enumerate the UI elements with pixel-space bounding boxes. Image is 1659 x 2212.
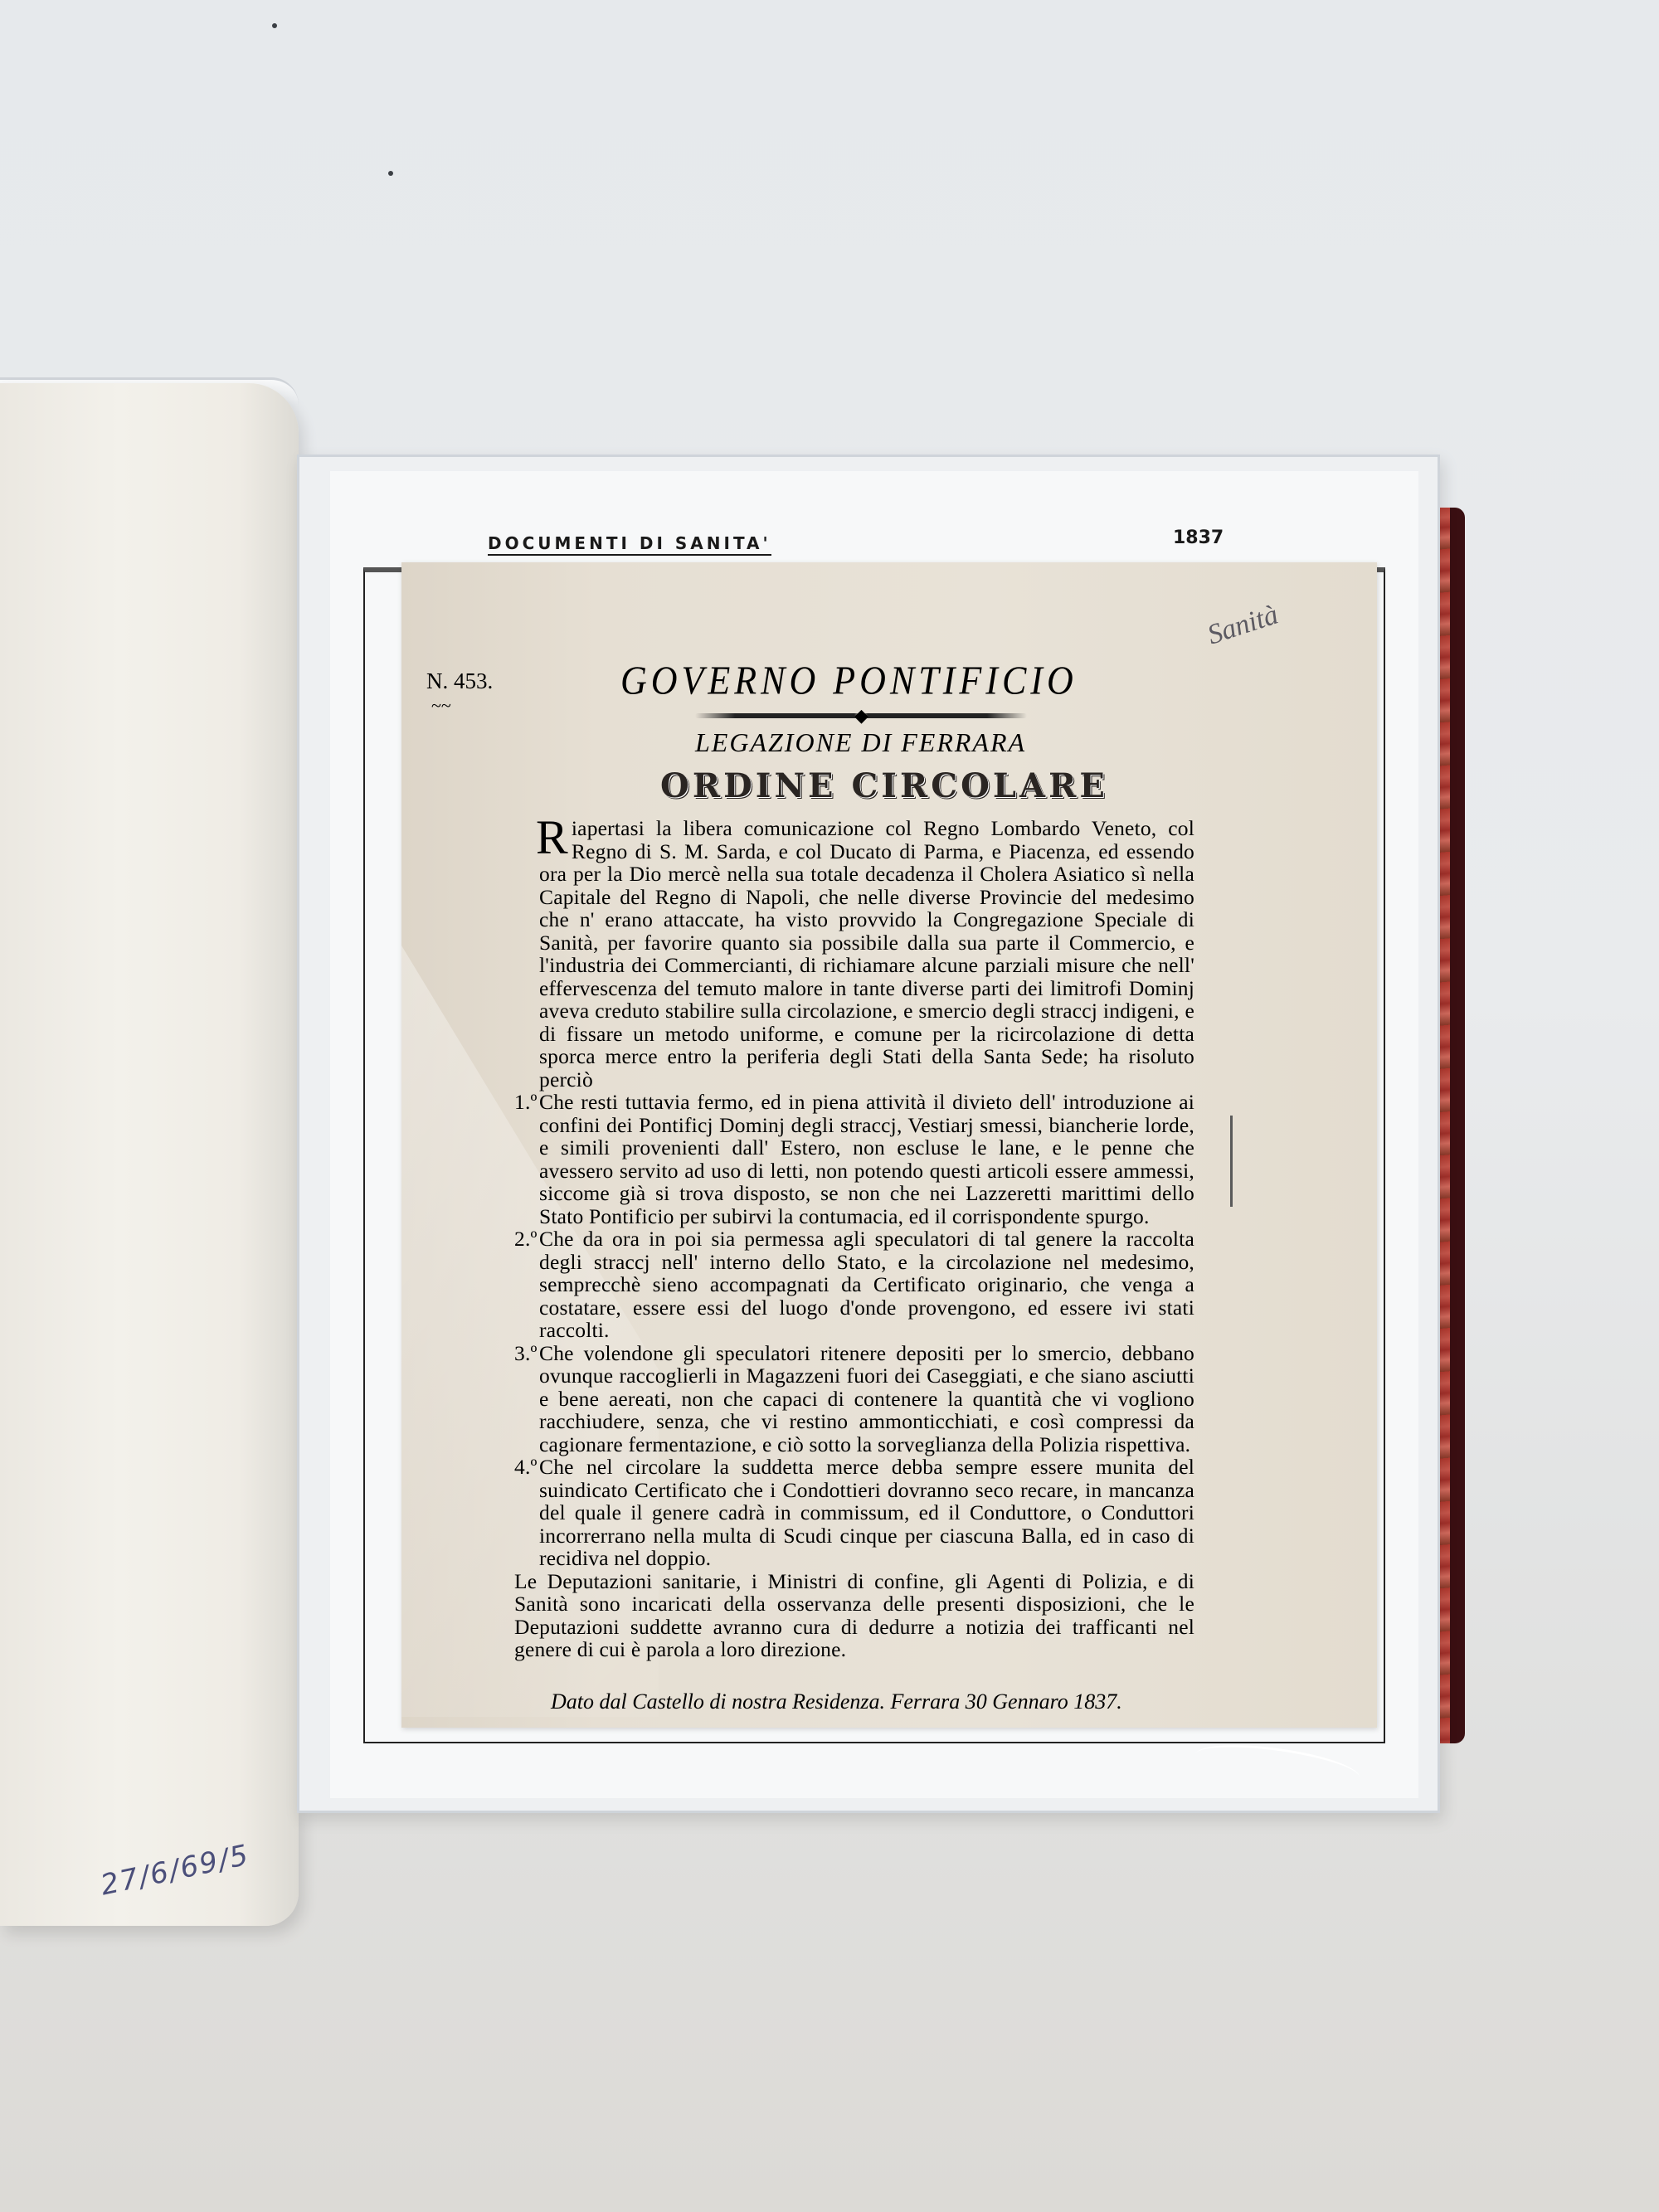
intro-paragraph: Riapertasi la libera comunicazione col R… bbox=[539, 817, 1194, 1091]
dust-speck bbox=[388, 171, 393, 176]
album-page-year: 1837 bbox=[1173, 527, 1224, 548]
document-heading: ORDINE CIRCOLARE bbox=[660, 766, 1108, 805]
article-2: 2.º Che da ora in poi sia permessa agli … bbox=[539, 1228, 1194, 1342]
dust-speck bbox=[272, 23, 277, 28]
article-4: 4.º Che nel circolare la suddetta merce … bbox=[539, 1456, 1194, 1570]
document-title: GOVERNO PONTIFICIO bbox=[620, 657, 1078, 703]
article-1: 1.º Che resti tuttavia fermo, ed in pien… bbox=[539, 1091, 1194, 1228]
pencil-margin-mark bbox=[1230, 1116, 1233, 1207]
diamond-ornament-icon: ◆ bbox=[854, 707, 868, 725]
document-number: N. 453. bbox=[426, 668, 493, 694]
article-text: Che volendone gli speculatori ritenere d… bbox=[539, 1341, 1194, 1456]
article-number: 4.º bbox=[514, 1456, 538, 1479]
article-text: Che da ora in poi sia permessa agli spec… bbox=[539, 1227, 1194, 1342]
binder-spine-edge bbox=[1450, 508, 1465, 1743]
left-album-page bbox=[0, 383, 299, 1926]
album-page-header: DOCUMENTI DI SANITA' bbox=[488, 533, 771, 556]
article-number: 1.º bbox=[514, 1091, 538, 1114]
article-3: 3.º Che volendone gli speculatori ritene… bbox=[539, 1342, 1194, 1456]
intro-text: iapertasi la libera comunicazione col Re… bbox=[539, 816, 1194, 1091]
article-text: Che nel circolare la suddetta merce debb… bbox=[539, 1455, 1194, 1570]
article-text: Che resti tuttavia fermo, ed in piena at… bbox=[539, 1090, 1194, 1228]
article-number: 3.º bbox=[514, 1342, 538, 1365]
drop-cap: R bbox=[536, 819, 568, 857]
number-underline-flourish: ~~ bbox=[431, 695, 451, 717]
document-subtitle: LEGAZIONE DI FERRARA bbox=[695, 727, 1026, 758]
article-number: 2.º bbox=[514, 1228, 538, 1251]
document-body: Riapertasi la libera comunicazione col R… bbox=[539, 817, 1194, 1661]
document-date-line: Dato dal Castello di nostra Residenza. F… bbox=[551, 1689, 1122, 1714]
closing-paragraph: Le Deputazioni sanitarie, i Ministri di … bbox=[514, 1570, 1194, 1661]
